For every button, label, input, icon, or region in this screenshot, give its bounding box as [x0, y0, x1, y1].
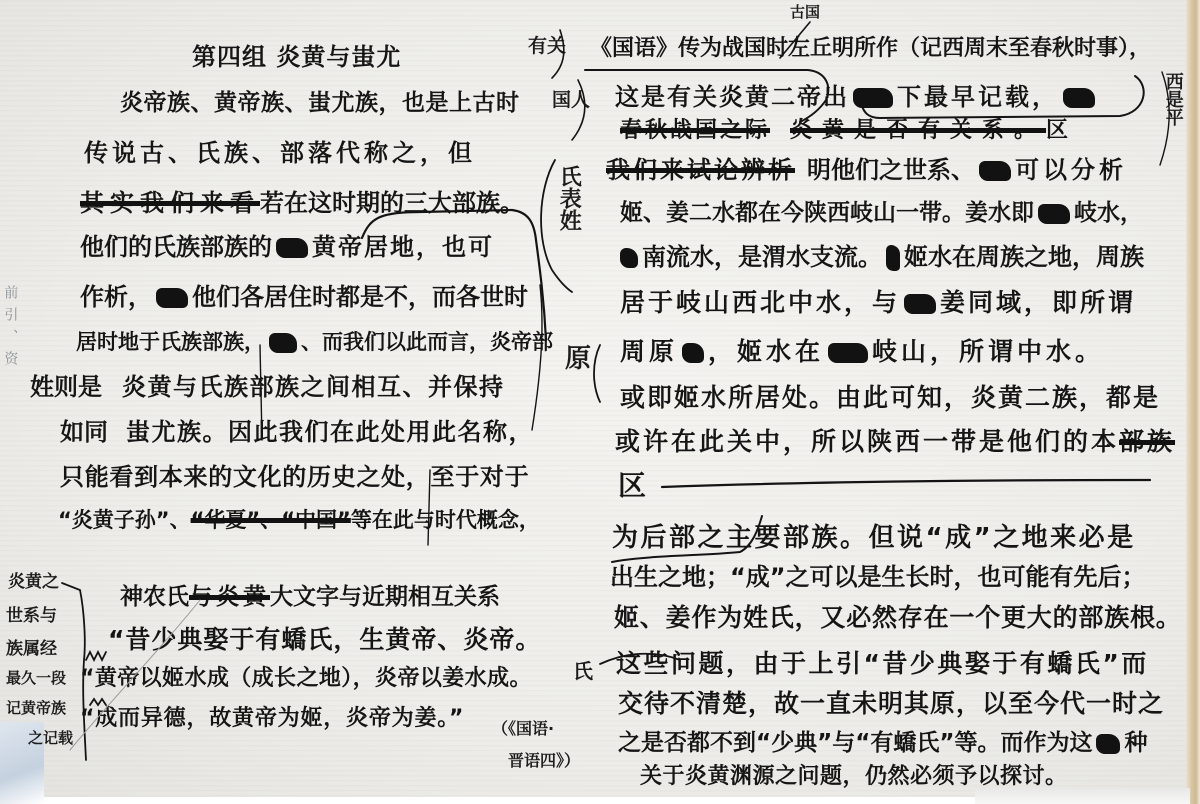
line-text-a: 之是否都不到“少典”与“有蟜氏”等。而作为这: [618, 730, 1092, 756]
left-margin-note-5: 记黄帝族: [6, 700, 66, 717]
right-line-9: 或即姬水所居处。由此可知，炎黄二族，都是: [620, 384, 1160, 413]
struck-text: 其实我们来看: [80, 189, 260, 217]
right-line-13: 出生之地；“成”之可以是生长时，也可能有先后；: [610, 564, 1146, 592]
line-text-b: 黄帝居地，也可: [312, 233, 494, 261]
ink-blot: [1063, 88, 1095, 108]
ink-blot: [269, 333, 297, 353]
left-line-8: 如同蚩尤族。因此我们在此处用此名称，: [60, 419, 534, 447]
right-line-2: 这是有关炎黄二帝出下最早记载，: [615, 84, 1099, 112]
line-text-c: 岐山，所谓中水。: [872, 337, 1104, 366]
ink-blot: [276, 238, 308, 258]
citation-line-1: （《国语·: [492, 720, 554, 738]
right-margin-note-lower: 氏: [573, 660, 593, 682]
line-text-a: 作析，: [80, 283, 152, 311]
struck-text-b: 炎黄是否有关系。: [790, 118, 1046, 143]
line-text-b: 种: [1124, 730, 1147, 756]
left-line-9: 只能看到本来的文化的历史之处，至于对于: [60, 464, 529, 492]
paper-flap: [975, 788, 1190, 804]
struck-text: 我们来试论辨析: [606, 156, 795, 184]
ink-blot: [904, 294, 936, 314]
ink-blot: [979, 161, 1011, 181]
struck-text: 部族: [1119, 427, 1175, 456]
line-text-a: 他们的氏族部族的: [80, 233, 272, 261]
left-line-14: “成而异德，故黄帝为姬，炎帝为姜。”: [80, 706, 464, 731]
right-margin-note-mid: 原: [565, 345, 591, 374]
line-text-a: 神农氏: [120, 584, 189, 610]
line-text-b: 、而我们以此而言，炎帝部: [301, 330, 553, 354]
ink-blot: [682, 343, 704, 363]
line-text-a: 周原: [620, 337, 678, 366]
right-margin-note-top: 有关: [528, 36, 566, 57]
left-line-6: 居时地于氏族部族，、而我们以此而言，炎帝部: [76, 330, 553, 354]
ink-blot: [886, 245, 900, 271]
right-line-7: 居于岐山西北中水，与姜同域，即所谓: [620, 289, 1136, 318]
left-margin-note-4: 最久一段: [6, 670, 66, 687]
left-line-12: “昔少典娶于有蟜氏，生黄帝、炎帝。: [108, 626, 541, 655]
right-line-1: 《国语》传为战国时左丘明所作（记西周末至春秋时事），: [590, 36, 1151, 61]
line-text-b: 他们各居住时都是不，而各世时: [192, 283, 528, 311]
left-line-4: 他们的氏族部族的黄帝居地，也可: [80, 234, 494, 262]
insert-annotation: 古国: [790, 4, 820, 21]
line-text-a: 明他们之世系、: [807, 156, 975, 184]
right-margin-note-second: 国人: [552, 90, 590, 111]
left-line-5: 作析，他们各居住时都是不，而各世时: [80, 284, 528, 312]
right-line-4: 我们来试论辨析明他们之世系、可以分析: [606, 157, 1127, 185]
line-text-b: ，姬水在: [708, 337, 824, 366]
left-line-2: 传说古、氏族、部落代称之，但: [84, 140, 476, 168]
left-margin-note-6: 之记载: [28, 730, 73, 747]
left-line-10: “炎黄子孙”、“华夏”、“中国”等在此与时代概念，: [58, 508, 540, 532]
line-text-a: 姓则是: [30, 373, 102, 401]
right-line-16: 交待不清楚，故一直未明其原，以至今代一时之: [618, 690, 1164, 719]
line-text-a: 居于岐山西北中水，与: [620, 288, 900, 317]
line-text-b: 姜同域，即所谓: [940, 288, 1136, 317]
line-text-b: 可以分析: [1015, 156, 1127, 184]
line-text: 区: [1046, 118, 1068, 143]
line-text-b: 炎黄与氏族部族之间相互、并保持: [122, 373, 505, 401]
line-text-b: 下最早记载，: [897, 83, 1059, 111]
left-line-11: 神农氏与炎黄大文字与近期相互关系: [120, 584, 500, 610]
right-line-18: 关于炎黄渊源之问题，仍然必须予以探讨。: [640, 764, 1068, 789]
left-line-7: 姓则是炎黄与氏族部族之间相互、并保持: [30, 374, 505, 402]
struck-text: 与炎黄: [189, 584, 270, 610]
ink-blot: [828, 343, 868, 363]
right-margin-note-right: 西是平: [1163, 72, 1183, 126]
right-line-15: 这些问题，由于上引“昔少典娶于有蟜氏”而: [616, 650, 1149, 679]
left-margin-note-3: 族属经: [6, 640, 57, 659]
line-text: 若在这时期的三大部族。: [260, 189, 524, 217]
right-line-14: 姬、姜作为姓氏，又必然存在一个更大的部族根。: [614, 604, 1182, 633]
left-line-1: 炎帝族、黄帝族、蚩尤族，也是上古时: [120, 90, 520, 116]
ink-blot: [156, 288, 188, 308]
line-text-a: 这是有关炎黄二帝出: [615, 83, 849, 111]
right-line-10: 或许在此关中，所以陕西一带是他们的本部族: [615, 428, 1175, 457]
struck-text: 春秋战国之际: [620, 118, 770, 143]
line-text-b: 等在此与时代概念，: [351, 508, 540, 532]
citation-line-2: 晋语四》）: [508, 752, 580, 770]
right-line-5: 姬、姜二水都在今陕西岐山一带。姜水即岐水，: [620, 200, 1143, 226]
line-text-b: 蚩尤族。因此我们在此处用此名称，: [126, 418, 534, 446]
right-line-8: 周原，姬水在岐山，所谓中水。: [620, 338, 1104, 367]
right-line-11: 区: [618, 470, 646, 502]
page-edge: [1186, 0, 1200, 804]
ink-blot: [853, 88, 893, 108]
line-text-a: 如同: [60, 418, 108, 446]
struck-text: “华夏”、“中国”: [191, 508, 351, 532]
left-title: 第四组 炎黄与蚩尤: [192, 44, 401, 72]
right-line-6: 南流水，是渭水支流。姬水在周族之地，周族: [616, 244, 1144, 272]
line-text-b: 大文字与近期相互关系: [270, 584, 500, 610]
line-text-a: 居时地于氏族部族，: [76, 330, 265, 354]
line-text-b: 岐水，: [1074, 200, 1143, 226]
line-text-a: 南流水，是渭水支流。: [642, 243, 882, 271]
ink-blot: [1096, 734, 1120, 754]
line-text-b: 姬水在周族之地，周族: [904, 243, 1144, 271]
line-text-a: 姬、姜二水都在今陕西岐山一带。姜水即: [620, 200, 1034, 226]
left-line-3: 其实我们来看若在这时期的三大部族。: [80, 190, 524, 218]
edge-note: 前引、资: [2, 285, 17, 373]
right-line-12: 为后部之主要部族。但说“成”之地来必是: [612, 524, 1136, 554]
left-margin-note-1: 炎黄之: [8, 573, 59, 592]
left-line-13: “黄帝以姬水成（成长之地），炎帝以姜水成。: [80, 666, 532, 691]
right-line-3: 春秋战国之际炎黄是否有关系。区: [620, 118, 1068, 143]
line-text: 或许在此关中，所以陕西一带是他们的本: [615, 427, 1119, 456]
line-text-a: “炎黄子孙”、: [58, 508, 191, 532]
ink-blot: [620, 248, 638, 268]
right-line-17: 之是否都不到“少典”与“有蟜氏”等。而作为这种: [618, 730, 1147, 756]
right-margin-note-bracket: 氏表姓: [556, 165, 580, 231]
left-margin-note-2: 世系与: [6, 607, 57, 626]
ink-blot: [1038, 204, 1070, 224]
